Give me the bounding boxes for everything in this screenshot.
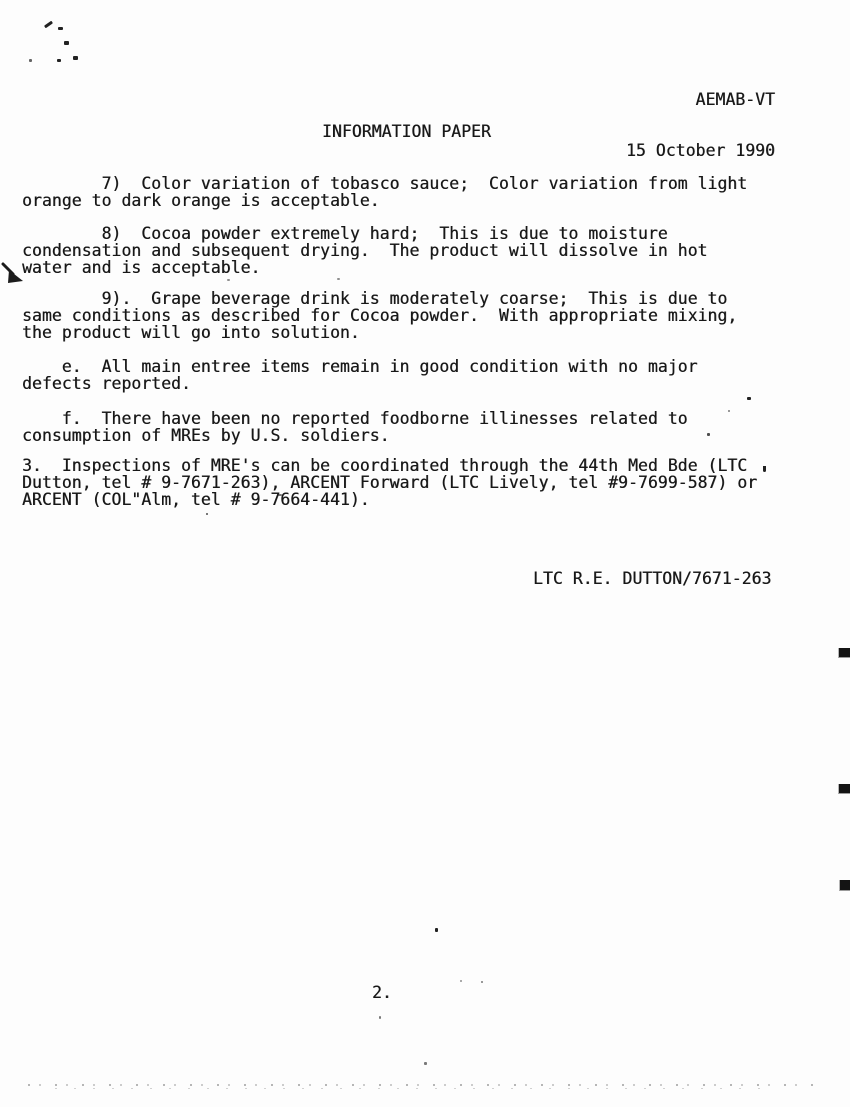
ink-speck [481, 981, 483, 983]
letterhead: AEMAB-VT 15 October 1990 [626, 57, 775, 193]
ink-speck [337, 278, 340, 280]
scan-noise-line [28, 1084, 820, 1086]
ink-speck [29, 59, 32, 62]
office-symbol: AEMAB-VT [626, 91, 775, 108]
scan-artifact-square [838, 648, 850, 658]
signature-block: LTC R.E. DUTTON/7671-263 [533, 570, 771, 587]
ink-speck [227, 279, 230, 281]
paragraph-item-e: e. All main entree items remain in good … [22, 358, 698, 392]
page-number: 2. [372, 984, 392, 1001]
ink-speck [460, 980, 462, 982]
paragraph-item-3: 3. Inspections of MRE's can be coordinat… [22, 457, 757, 508]
ink-speck [435, 928, 438, 932]
paragraph-item-8: 8) Cocoa powder extremely hard; This is … [22, 225, 707, 276]
ink-speck [278, 494, 282, 496]
document-date: 15 October 1990 [626, 142, 775, 159]
paragraph-item-9: 9). Grape beverage drink is moderately c… [22, 290, 737, 341]
paragraph-item-7: 7) Color variation of tobasco sauce; Col… [22, 175, 747, 209]
ink-speck [58, 27, 63, 30]
paragraph-item-f: f. There have been no reported foodborne… [22, 410, 688, 444]
ink-speck [64, 41, 69, 45]
document-title: INFORMATION PAPER [322, 123, 491, 140]
ink-speck [44, 21, 53, 29]
scan-artifact-square [838, 784, 850, 794]
ink-speck [57, 59, 61, 62]
scanned-document-page: AEMAB-VT 15 October 1990 INFORMATION PAP… [0, 0, 850, 1107]
scan-noise-line [55, 1088, 765, 1089]
ink-speck [424, 1062, 427, 1065]
ink-speck [73, 56, 78, 60]
ink-speck [747, 397, 751, 400]
ink-speck [379, 1016, 381, 1019]
ink-speck [206, 513, 208, 515]
ink-speck [763, 466, 766, 472]
scan-artifact-square [839, 880, 850, 891]
handwritten-arrow-icon [0, 262, 26, 288]
ink-speck [707, 433, 710, 436]
ink-speck [728, 410, 730, 412]
